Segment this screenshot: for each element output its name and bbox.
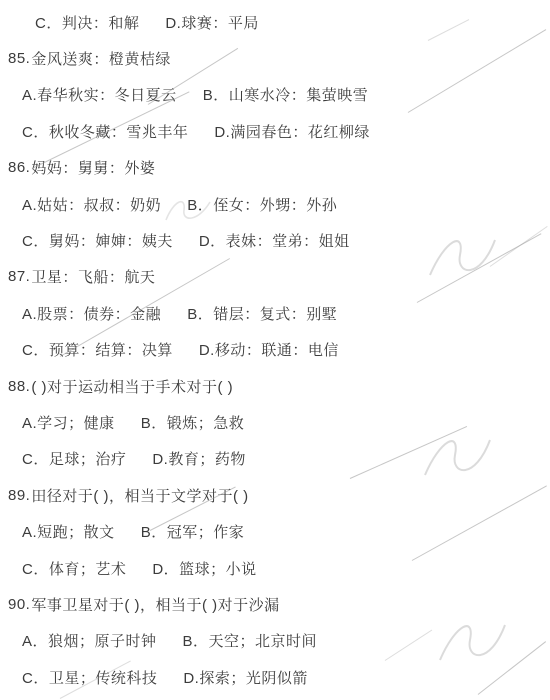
- option-b: B．天空；北京时间: [183, 630, 318, 651]
- question-number: 86.: [8, 159, 30, 176]
- option-c: C．体育；艺术: [22, 558, 126, 579]
- question-number: 87.: [8, 268, 30, 285]
- question-89-options-cd: C．体育；艺术 D．篮球；小说: [0, 550, 550, 586]
- question-85-options-cd: C．秋收冬藏：雪兆丰年 D.满园春色：花红柳绿: [0, 113, 550, 149]
- question-84-options-cd-line: C．判决：和解 D.球赛：平局: [0, 4, 550, 40]
- question-87-options-ab: A.股票：债券：金融 B．错层：复式：别墅: [0, 295, 550, 331]
- option-c: C．卫星；传统科技: [22, 667, 157, 688]
- question-stem-text: 田径对于( )，相当于文学对于( ): [31, 485, 248, 506]
- question-90-options-ab: A．狼烟；原子时钟 B．天空；北京时间: [0, 623, 550, 659]
- scanned-exam-page: C．判决：和解 D.球赛：平局 85.金风送爽：橙黄桔绿 A.春华秋实：冬日夏云…: [0, 0, 550, 700]
- question-stem-text: ( )对于运动相当于手术对于( ): [31, 376, 233, 397]
- question-88-options-cd: C．足球；治疗 D.教育；药物: [0, 441, 550, 477]
- option-b: B．侄女：外甥：外孙: [187, 194, 337, 215]
- question-88-options-ab: A.学习；健康 B．锻炼；急救: [0, 404, 550, 440]
- option-d: D.探索；光阴似箭: [183, 667, 308, 688]
- question-number: 89.: [8, 487, 30, 504]
- option-c: C．预算：结算：决算: [22, 339, 173, 360]
- option-a: A.春华秋实：冬日夏云: [22, 84, 177, 105]
- option-c: C．足球；治疗: [22, 448, 126, 469]
- option-a: A.学习；健康: [22, 412, 115, 433]
- question-stem-text: 金风送爽：橙黄桔绿: [31, 48, 171, 69]
- question-86-options-ab: A.姑姑：叔叔：奶奶 B．侄女：外甥：外孙: [0, 186, 550, 222]
- question-stem-text: 妈妈：舅舅：外婆: [31, 157, 155, 178]
- option-b: B．锻炼；急救: [141, 412, 245, 433]
- question-90-stem: 90.军事卫星对于( )，相当于( )对于沙漏: [0, 586, 550, 622]
- option-a: A.姑姑：叔叔：奶奶: [22, 194, 161, 215]
- question-number: 88.: [8, 378, 30, 395]
- question-85-options-ab: A.春华秋实：冬日夏云 B．山寒水冷：集萤映雪: [0, 77, 550, 113]
- question-86-options-cd: C．舅妈：婶婶：姨夫 D．表妹：堂弟：姐姐: [0, 222, 550, 258]
- option-c: C．判决：和解: [35, 12, 139, 33]
- option-b: B．冠军；作家: [141, 521, 245, 542]
- question-88-stem: 88.( )对于运动相当于手术对于( ): [0, 368, 550, 404]
- option-d: D．篮球；小说: [152, 558, 256, 579]
- option-d: D．表妹：堂弟：姐姐: [199, 230, 350, 251]
- question-86-stem: 86.妈妈：舅舅：外婆: [0, 150, 550, 186]
- option-d: D.教育；药物: [152, 448, 246, 469]
- option-a: A.短跑；散文: [22, 521, 115, 542]
- question-85-stem: 85.金风送爽：橙黄桔绿: [0, 40, 550, 76]
- question-87-stem: 87.卫星：飞船：航天: [0, 259, 550, 295]
- question-90-options-cd: C．卫星；传统科技 D.探索；光阴似箭: [0, 659, 550, 695]
- option-d: D.移动：联通：电信: [199, 339, 339, 360]
- option-a: A.股票：债券：金融: [22, 303, 161, 324]
- question-number: 90.: [8, 596, 30, 613]
- option-a: A．狼烟；原子时钟: [22, 630, 157, 651]
- option-b: B．错层：复式：别墅: [187, 303, 337, 324]
- question-number: 85.: [8, 50, 30, 67]
- option-d: D.满园春色：花红柳绿: [214, 121, 370, 142]
- option-b: B．山寒水冷：集萤映雪: [203, 84, 369, 105]
- question-stem-text: 卫星：飞船：航天: [31, 266, 155, 287]
- question-87-options-cd: C．预算：结算：决算 D.移动：联通：电信: [0, 332, 550, 368]
- option-c: C．秋收冬藏：雪兆丰年: [22, 121, 188, 142]
- question-stem-text: 军事卫星对于( )，相当于( )对于沙漏: [31, 594, 279, 615]
- option-d: D.球赛：平局: [165, 12, 259, 33]
- question-89-stem: 89.田径对于( )，相当于文学对于( ): [0, 477, 550, 513]
- question-89-options-ab: A.短跑；散文 B．冠军；作家: [0, 513, 550, 549]
- option-c: C．舅妈：婶婶：姨夫: [22, 230, 173, 251]
